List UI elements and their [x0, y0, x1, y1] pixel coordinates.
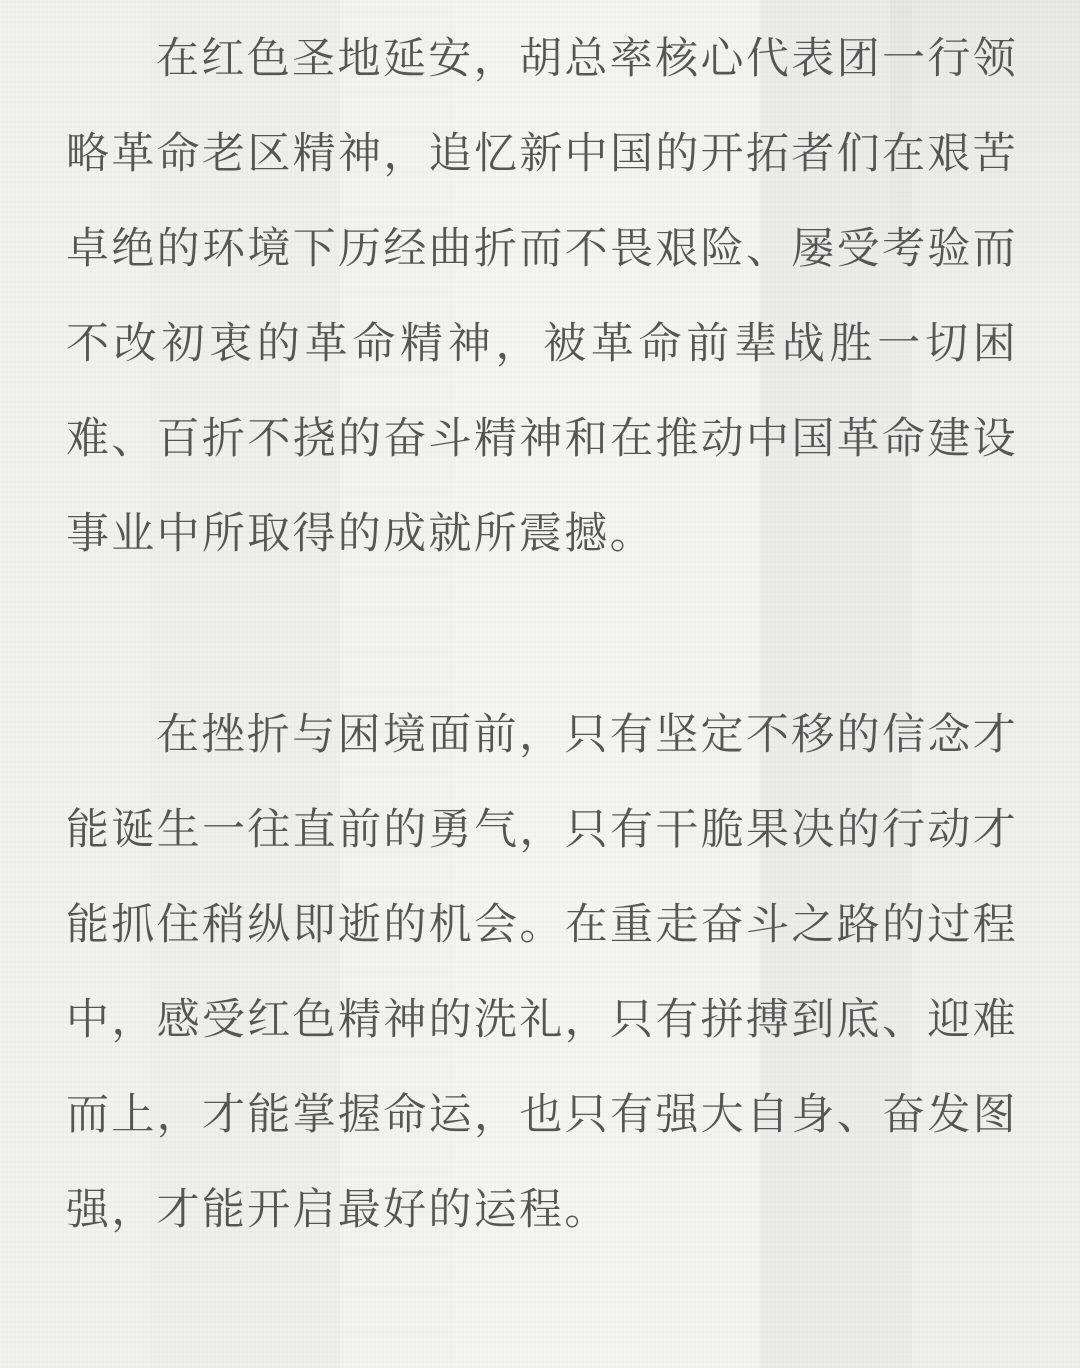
paragraph-2: 在挫折与困境面前，只有坚定不移的信念才能诞生一往直前的勇气，只有干脆果决的行动才… — [66, 688, 1018, 1258]
article-page: 在红色圣地延安，胡总率核心代表团一行领略革命老区精神，追忆新中国的开拓者们在艰苦… — [0, 0, 1080, 1368]
paragraph-1: 在红色圣地延安，胡总率核心代表团一行领略革命老区精神，追忆新中国的开拓者们在艰苦… — [66, 12, 1018, 582]
